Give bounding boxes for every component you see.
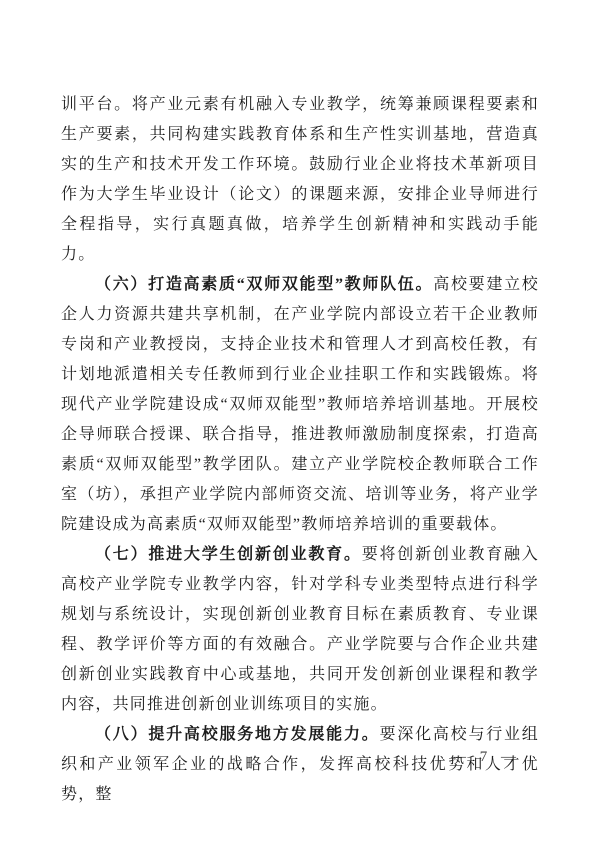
section-heading: （七）推进大学生创新创业教育。 — [95, 546, 362, 563]
paragraph-text: 要将创新创业教育融入高校产业学院专业教学内容，针对学科专业类型特点进行科学规划与… — [61, 546, 539, 713]
paragraph-text: 高校要建立校企人力资源共建共享机制，在产业学院内部设立若干企业教师专岗和产业教授… — [61, 276, 539, 533]
section-heading: （六）打造高素质“双师双能型”教师队伍。 — [95, 276, 433, 293]
document-page: 训平台。将产业元素有机融入专业教学，统筹兼顾课程要素和生产要素，共同构建实践教育… — [0, 0, 600, 848]
section-heading: （八）提升高校服务地方发展能力。 — [95, 726, 380, 743]
paragraph-section-6: （六）打造高素质“双师双能型”教师队伍。高校要建立校企人力资源共建共享机制，在产… — [61, 270, 539, 540]
page-number: — 7 — — [451, 749, 521, 766]
page-footer: — 7 — — [61, 748, 539, 766]
paragraph-text: 训平台。将产业元素有机融入专业教学，统筹兼顾课程要素和生产要素，共同构建实践教育… — [61, 96, 539, 263]
paragraph-section-7: （七）推进大学生创新创业教育。要将创新创业教育融入高校产业学院专业教学内容，针对… — [61, 540, 539, 720]
paragraph-continuation: 训平台。将产业元素有机融入专业教学，统筹兼顾课程要素和生产要素，共同构建实践教育… — [61, 90, 539, 270]
document-body: 训平台。将产业元素有机融入专业教学，统筹兼顾课程要素和生产要素，共同构建实践教育… — [61, 90, 539, 810]
